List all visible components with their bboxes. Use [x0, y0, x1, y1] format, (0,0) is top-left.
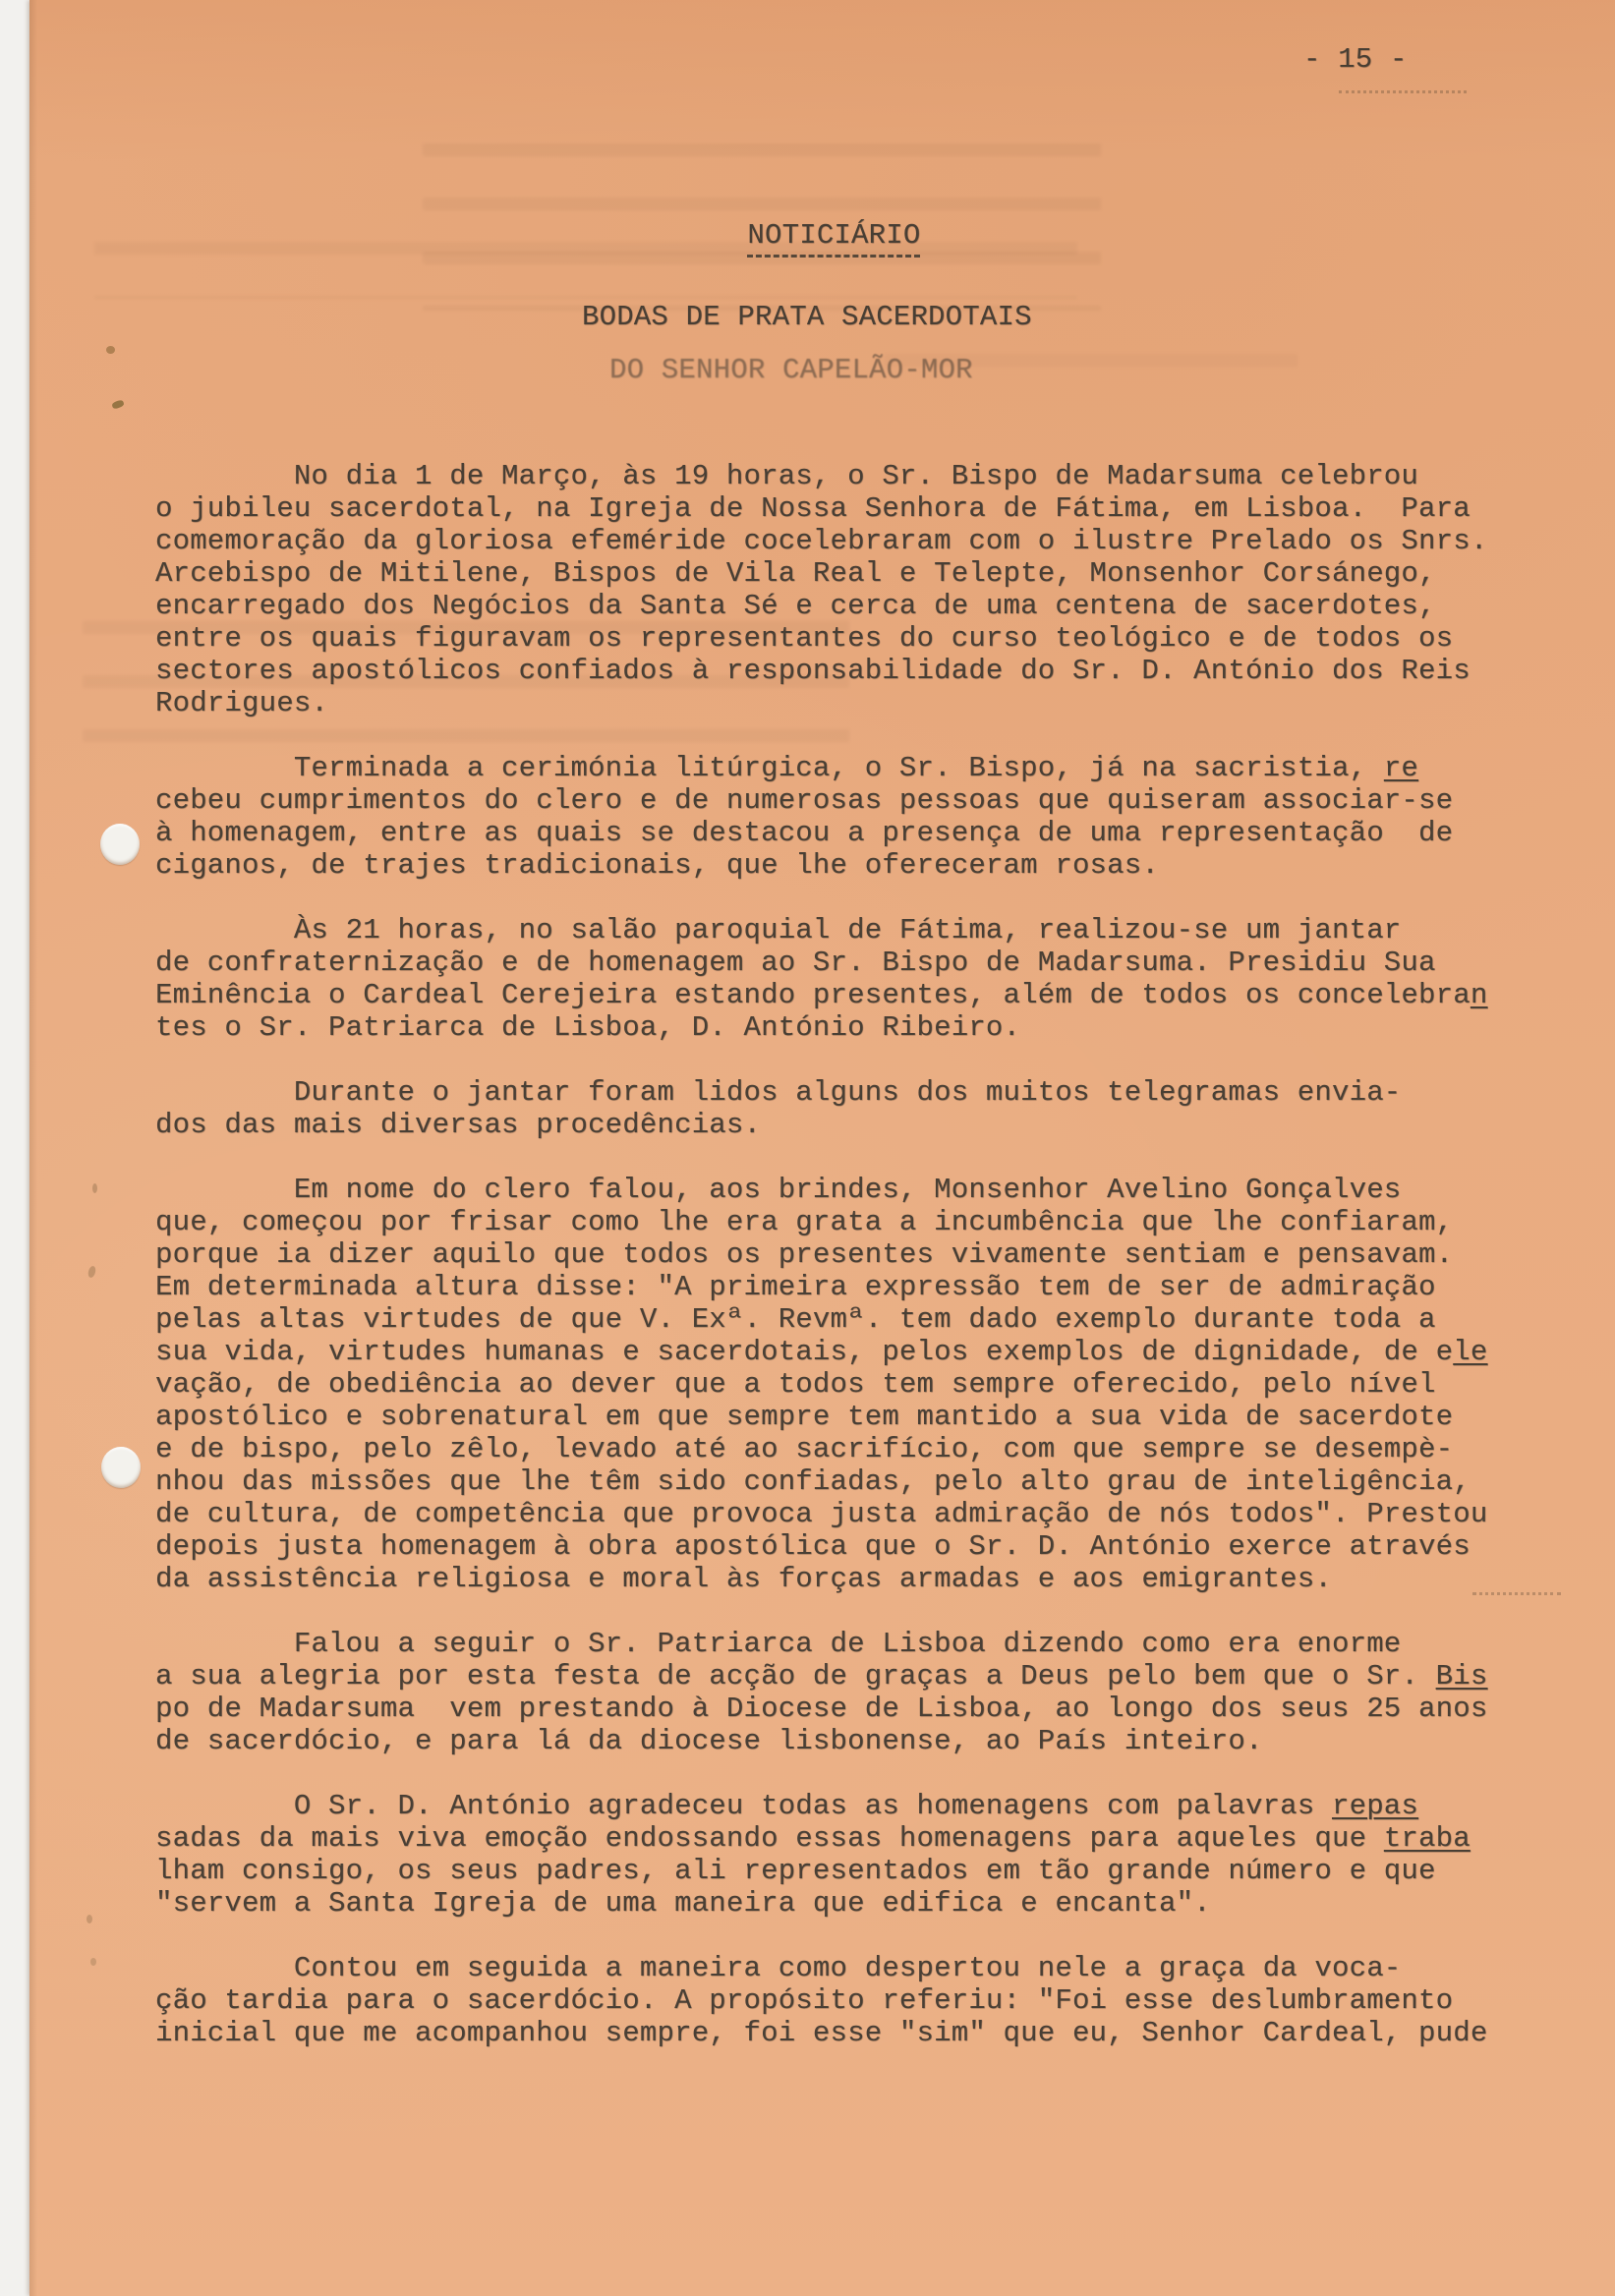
- text-line: Arcebispo de Mitilene, Bispos de Vila Re…: [155, 557, 1487, 590]
- paragraph: No dia 1 de Março, às 19 horas, o Sr. Bi…: [155, 460, 1487, 719]
- paragraph: Falou a seguir o Sr. Patriarca de Lisboa…: [155, 1628, 1487, 1757]
- text-line: sadas da mais viva emoção endossando ess…: [155, 1822, 1487, 1855]
- paragraph: Durante o jantar foram lidos alguns dos …: [155, 1076, 1487, 1141]
- text-line: No dia 1 de Março, às 19 horas, o Sr. Bi…: [155, 460, 1487, 492]
- text-line: à homenagem, entre as quais se destacou …: [155, 817, 1487, 849]
- text-line: sectores apostólicos confiados à respons…: [155, 655, 1487, 687]
- text-line: tes o Sr. Patriarca de Lisboa, D. Antóni…: [155, 1011, 1487, 1044]
- text-line: de sacerdócio, e para lá da diocese lisb…: [155, 1725, 1487, 1757]
- text-line: pelas altas virtudes de que V. Exª. Revm…: [155, 1303, 1487, 1336]
- text-line: O Sr. D. António agradeceu todas as home…: [155, 1790, 1487, 1822]
- paragraph: Às 21 horas, no salão paroquial de Fátim…: [155, 914, 1487, 1044]
- paragraph: O Sr. D. António agradeceu todas as home…: [155, 1790, 1487, 1920]
- text-line: apostólico e sobrenatural em que sempre …: [155, 1401, 1487, 1433]
- document-subtitle-line1: BODAS DE PRATA SACERDOTAIS: [582, 301, 1032, 333]
- text-line: Eminência o Cardeal Cerejeira estando pr…: [155, 979, 1487, 1011]
- text-line: ção tardia para o sacerdócio. A propósit…: [155, 1984, 1487, 2017]
- body-text: No dia 1 de Março, às 19 horas, o Sr. Bi…: [155, 460, 1487, 2082]
- text-line: Rodrigues.: [155, 687, 1487, 719]
- text-line: lham consigo, os seus padres, ali repres…: [155, 1855, 1487, 1887]
- text-line: nhou das missões que lhe têm sido confia…: [155, 1465, 1487, 1498]
- text-line: porque ia dizer aquilo que todos os pres…: [155, 1238, 1487, 1271]
- text-line: cebeu cumprimentos do clero e de numeros…: [155, 784, 1487, 817]
- paper-speck: [92, 1183, 97, 1193]
- text-line: de confraternização e de homenagem ao Sr…: [155, 947, 1487, 979]
- text-line: sua vida, virtudes humanas e sacerdotais…: [155, 1336, 1487, 1368]
- text-line: inicial que me acompanhou sempre, foi es…: [155, 2017, 1487, 2049]
- text-line: a sua alegria por esta festa de acção de…: [155, 1660, 1487, 1693]
- text-line: "servem a Santa Igreja de uma maneira qu…: [155, 1887, 1487, 1920]
- faint-mark: [1339, 90, 1467, 93]
- text-line: Falou a seguir o Sr. Patriarca de Lisboa…: [155, 1628, 1487, 1660]
- text-line: vação, de obediência ao dever que a todo…: [155, 1368, 1487, 1401]
- text-line: Em nome do clero falou, aos brindes, Mon…: [155, 1174, 1487, 1206]
- text-line: Às 21 horas, no salão paroquial de Fátim…: [155, 914, 1487, 947]
- text-line: da assistência religiosa e moral às forç…: [155, 1563, 1487, 1595]
- text-line: de cultura, de competência que provoca j…: [155, 1498, 1487, 1530]
- text-line: comemoração da gloriosa efeméride cocele…: [155, 525, 1487, 557]
- text-line: e de bispo, pelo zêlo, levado até ao sac…: [155, 1433, 1487, 1465]
- paper-speck: [106, 346, 115, 354]
- paragraph: Terminada a cerimónia litúrgica, o Sr. B…: [155, 752, 1487, 882]
- document-title: NOTICIÁRIO: [678, 187, 920, 290]
- text-line: po de Madarsuma vem prestando à Diocese …: [155, 1693, 1487, 1725]
- text-line: entre os quais figuravam os representant…: [155, 622, 1487, 655]
- text-line: Contou em seguida a maneira como despert…: [155, 1952, 1487, 1984]
- paragraph: Contou em seguida a maneira como despert…: [155, 1952, 1487, 2049]
- text-line: depois justa homenagem à obra apostólica…: [155, 1530, 1487, 1563]
- text-line: Em determinada altura disse: "A primeira…: [155, 1271, 1487, 1303]
- paper-speck: [87, 1915, 92, 1923]
- text-line: Durante o jantar foram lidos alguns dos …: [155, 1076, 1487, 1109]
- scanned-document-page: - 15 - NOTICIÁRIO BODAS DE PRATA SACERDO…: [0, 0, 1615, 2296]
- text-line: que, começou por frisar como lhe era gra…: [155, 1206, 1487, 1238]
- paper-speck: [90, 1958, 96, 1966]
- hole-punch: [101, 1447, 141, 1488]
- hole-punch: [100, 824, 140, 865]
- document-subtitle-line2: DO SENHOR CAPELÃO-MOR: [609, 354, 973, 386]
- text-line: dos das mais diversas procedências.: [155, 1109, 1487, 1141]
- document-title-text: NOTICIÁRIO: [747, 219, 920, 258]
- text-line: Terminada a cerimónia litúrgica, o Sr. B…: [155, 752, 1487, 784]
- page-number: - 15 -: [1303, 43, 1408, 76]
- text-line: encarregado dos Negócios da Santa Sé e c…: [155, 590, 1487, 622]
- paragraph: Em nome do clero falou, aos brindes, Mon…: [155, 1174, 1487, 1595]
- text-line: ciganos, de trajes tradicionais, que lhe…: [155, 849, 1487, 882]
- text-line: o jubileu sacerdotal, na Igreja de Nossa…: [155, 492, 1487, 525]
- paper-edge-shadow: [29, 0, 37, 2296]
